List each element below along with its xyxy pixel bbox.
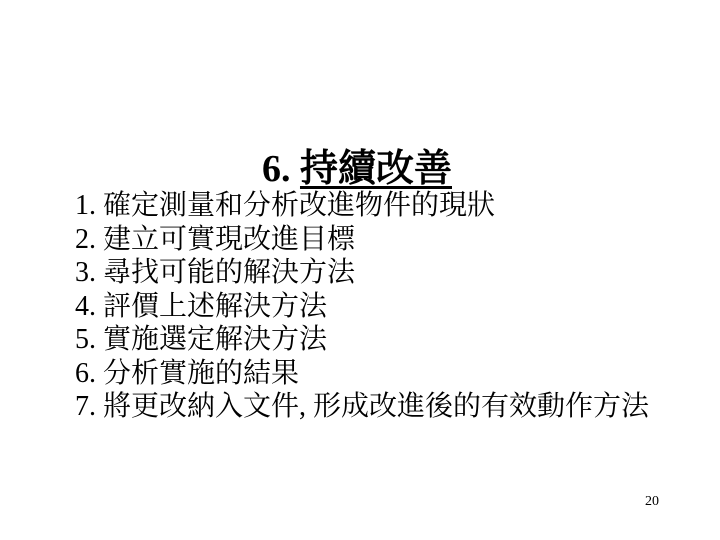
list-item-3: 3. 尋找可能的解決方法 [75,256,695,290]
list-item-1: 1. 確定測量和分析改進物件的現狀 [75,189,695,223]
list-item-4: 4. 評價上述解決方法 [75,290,695,324]
list-item-5: 5. 實施選定解決方法 [75,323,695,357]
list-item-6: 6. 分析實施的結果 [75,357,695,391]
slide-body-list: 1. 確定測量和分析改進物件的現狀 2. 建立可實現改進目標 3. 尋找可能的解… [75,189,695,424]
page-number: 20 [645,494,659,510]
slide-title-text: 持續改善 [300,148,452,190]
list-item-2: 2. 建立可實現改進目標 [75,223,695,257]
presentation-slide: 6. 持續改善 1. 確定測量和分析改進物件的現狀 2. 建立可實現改進目標 3… [0,0,720,540]
list-item-7: 7. 將更改納入文件, 形成改進後的有效動作方法 [75,390,695,424]
slide-title-number: 6. [262,148,300,190]
